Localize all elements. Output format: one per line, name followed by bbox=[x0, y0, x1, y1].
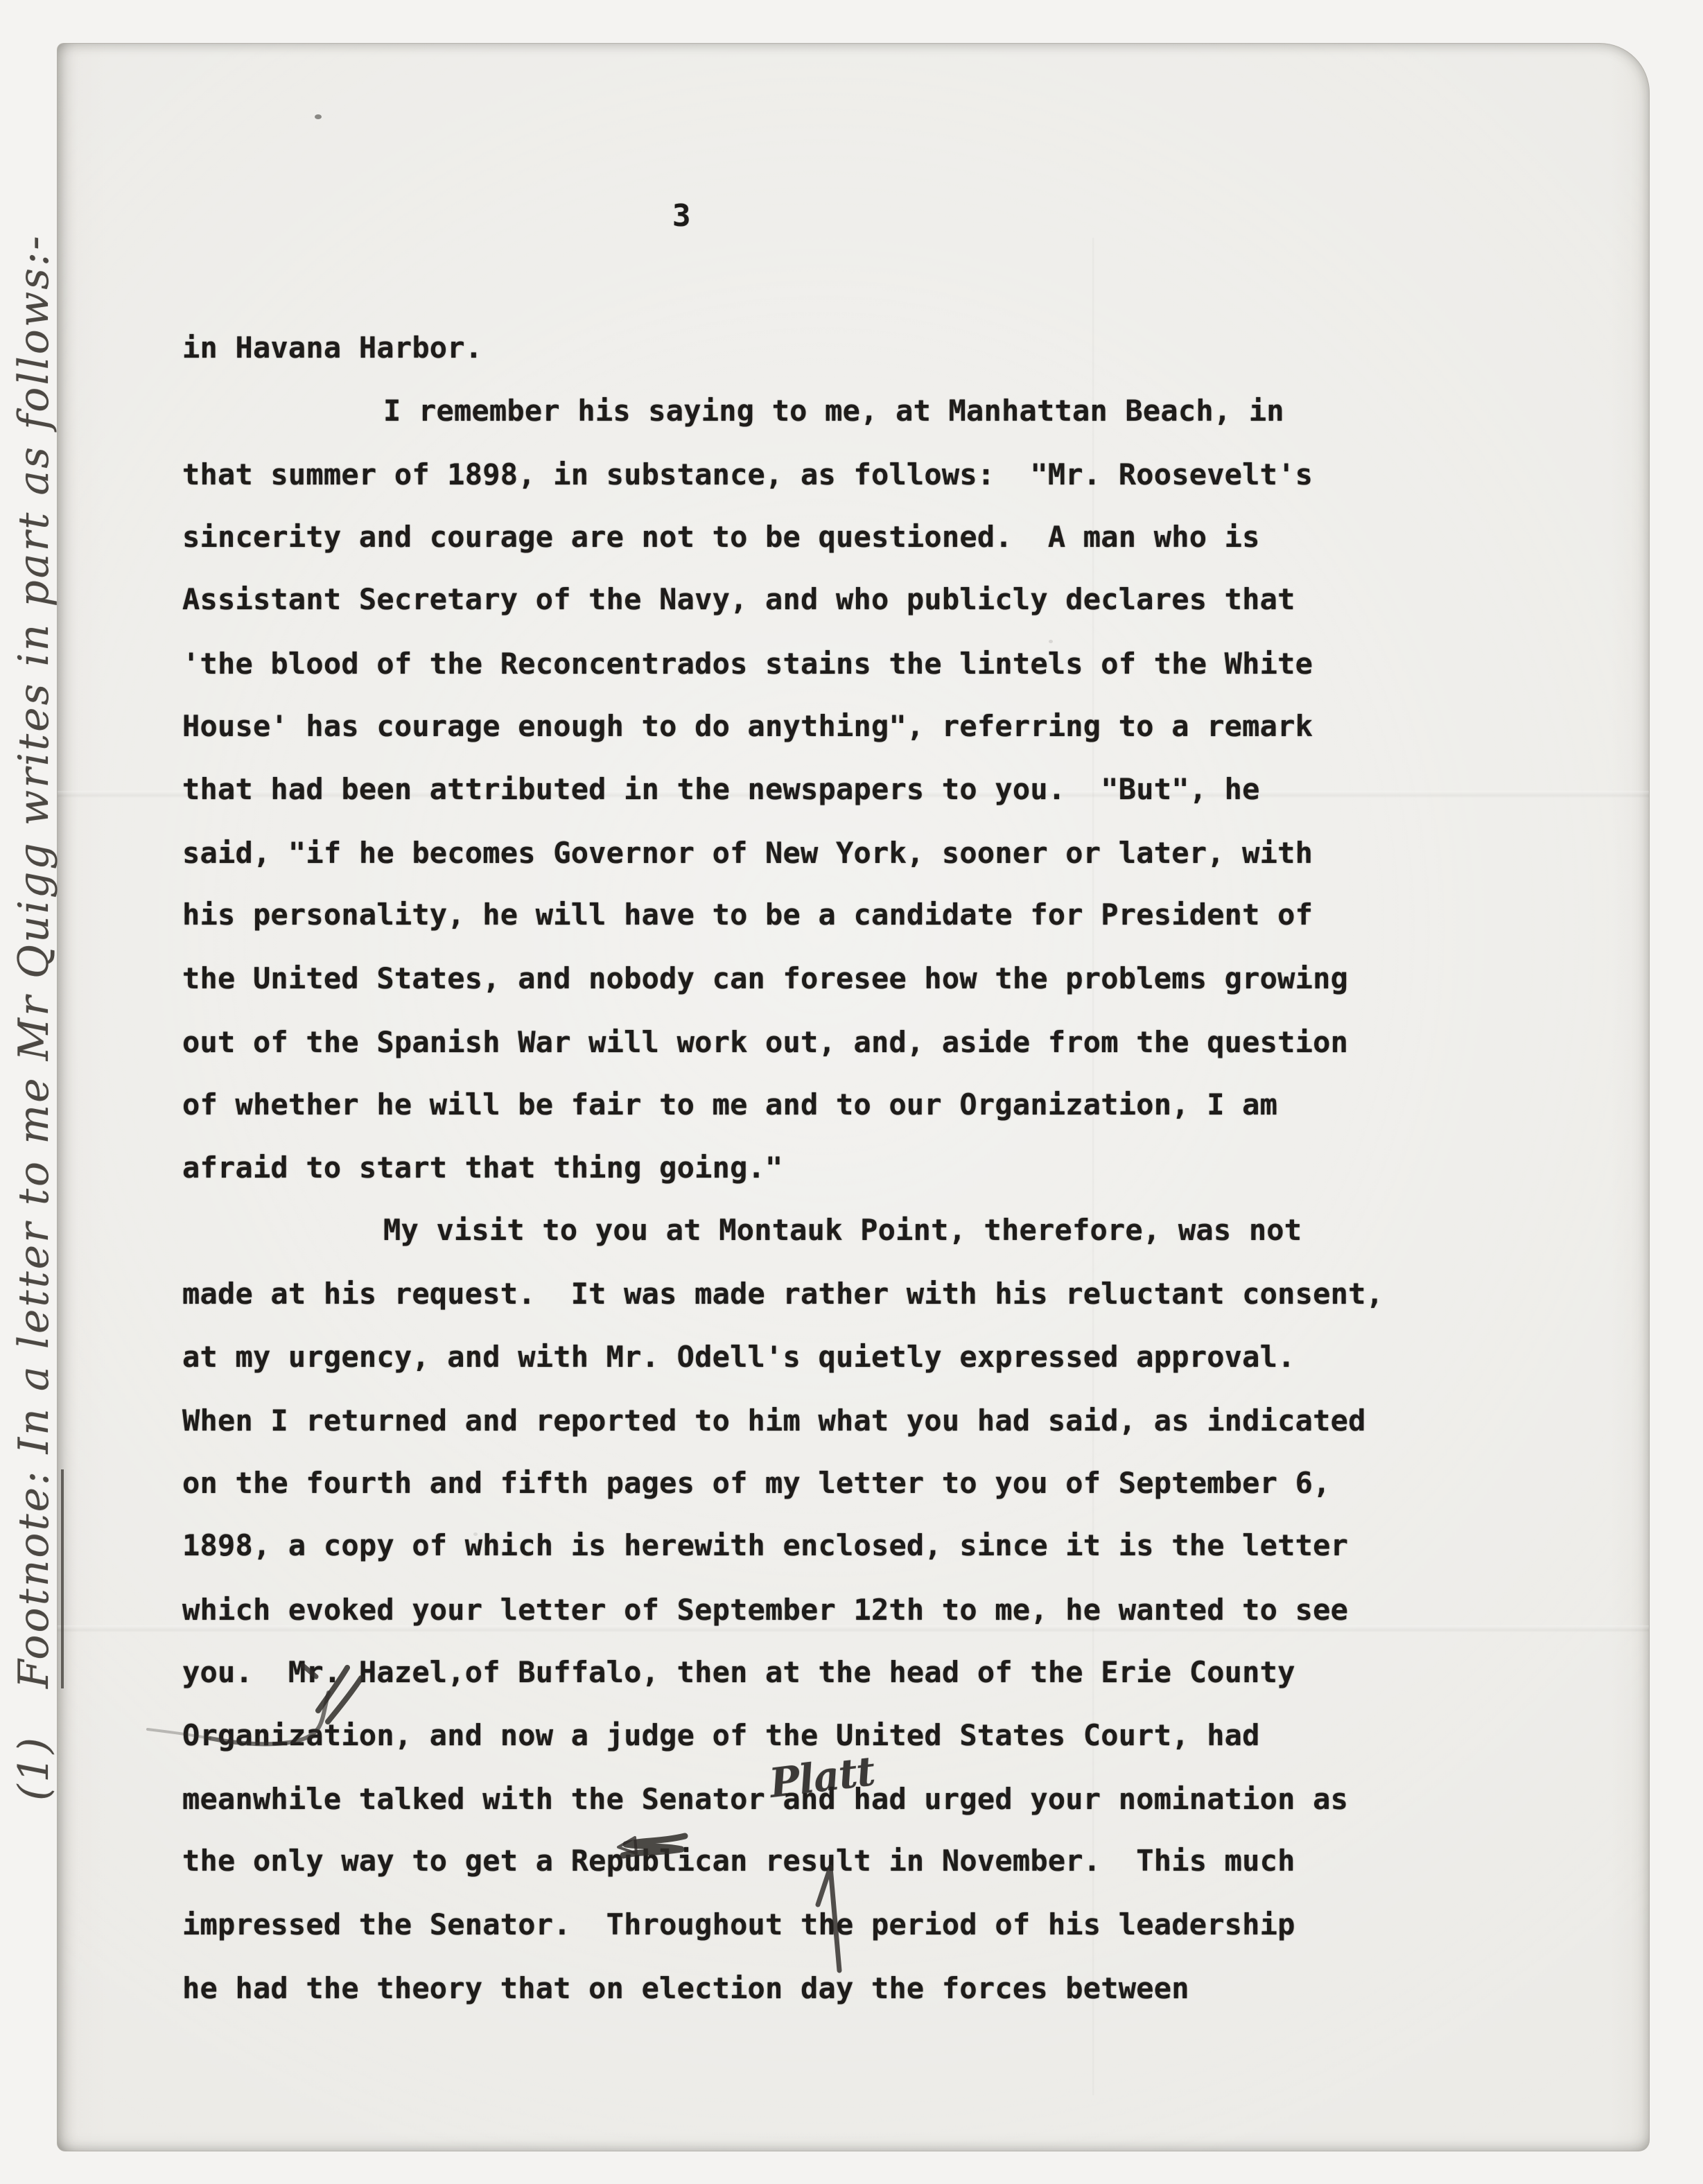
typed-line: he had the theory that on election day t… bbox=[182, 1957, 1499, 2020]
typed-line: which evoked your letter of September 12… bbox=[182, 1578, 1499, 1641]
typed-line: you. Mr. Hazel,of Buffalo, then at the h… bbox=[182, 1641, 1499, 1704]
typed-line: the only way to get a Republican result … bbox=[182, 1829, 1499, 1892]
typed-line: the United States, and nobody can forese… bbox=[182, 947, 1499, 1010]
typed-line: afraid to start that thing going." bbox=[182, 1136, 1499, 1199]
typed-line: at my urgency, and with Mr. Odell's quie… bbox=[182, 1325, 1499, 1388]
margin-note-handwritten: (1) Footnote: In a letter to me Mr Quigg… bbox=[10, 276, 58, 1801]
typed-line: that had been attributed in the newspape… bbox=[182, 758, 1499, 821]
page-number: 3 bbox=[672, 198, 691, 234]
typed-line: his personality, he will have to be a ca… bbox=[182, 883, 1499, 946]
typed-line: 1898, a copy of which is herewith enclos… bbox=[182, 1514, 1499, 1577]
typed-line: that summer of 1898, in substance, as fo… bbox=[182, 443, 1499, 506]
margin-note-body: In a letter to me Mr Quigg writes in par… bbox=[10, 234, 58, 1469]
typed-line: sincerity and courage are not to be ques… bbox=[182, 505, 1499, 568]
typed-line: said, "if he becomes Governor of New Yor… bbox=[182, 821, 1499, 884]
typed-line: out of the Spanish War will work out, an… bbox=[182, 1011, 1499, 1074]
typed-line: House' has courage enough to do anything… bbox=[182, 694, 1499, 758]
typed-line: on the fourth and fifth pages of my lett… bbox=[182, 1451, 1499, 1514]
dust-speck bbox=[315, 114, 322, 119]
typed-line: in Havana Harbor. bbox=[182, 316, 1499, 379]
typed-line: impressed the Senator. Throughout the pe… bbox=[182, 1893, 1499, 1956]
typed-line: 'the blood of the Reconcentrados stains … bbox=[182, 632, 1499, 695]
typed-line: Assistant Secretary of the Navy, and who… bbox=[182, 568, 1499, 631]
typed-line: When I returned and reported to him what… bbox=[182, 1389, 1499, 1452]
margin-note-footnote-word: Footnote: bbox=[10, 1469, 64, 1688]
typed-line: My visit to you at Montauk Point, theref… bbox=[182, 1198, 1499, 1261]
typed-line: of whether he will be fair to me and to … bbox=[182, 1073, 1499, 1136]
margin-note-index: (1) bbox=[10, 1720, 58, 1801]
scanned-letter-page: { "document": { "page_number": "3", "lin… bbox=[0, 0, 1703, 2184]
typed-line: I remember his saying to me, at Manhatta… bbox=[182, 379, 1499, 442]
typed-line: made at his request. It was made rather … bbox=[182, 1262, 1499, 1325]
